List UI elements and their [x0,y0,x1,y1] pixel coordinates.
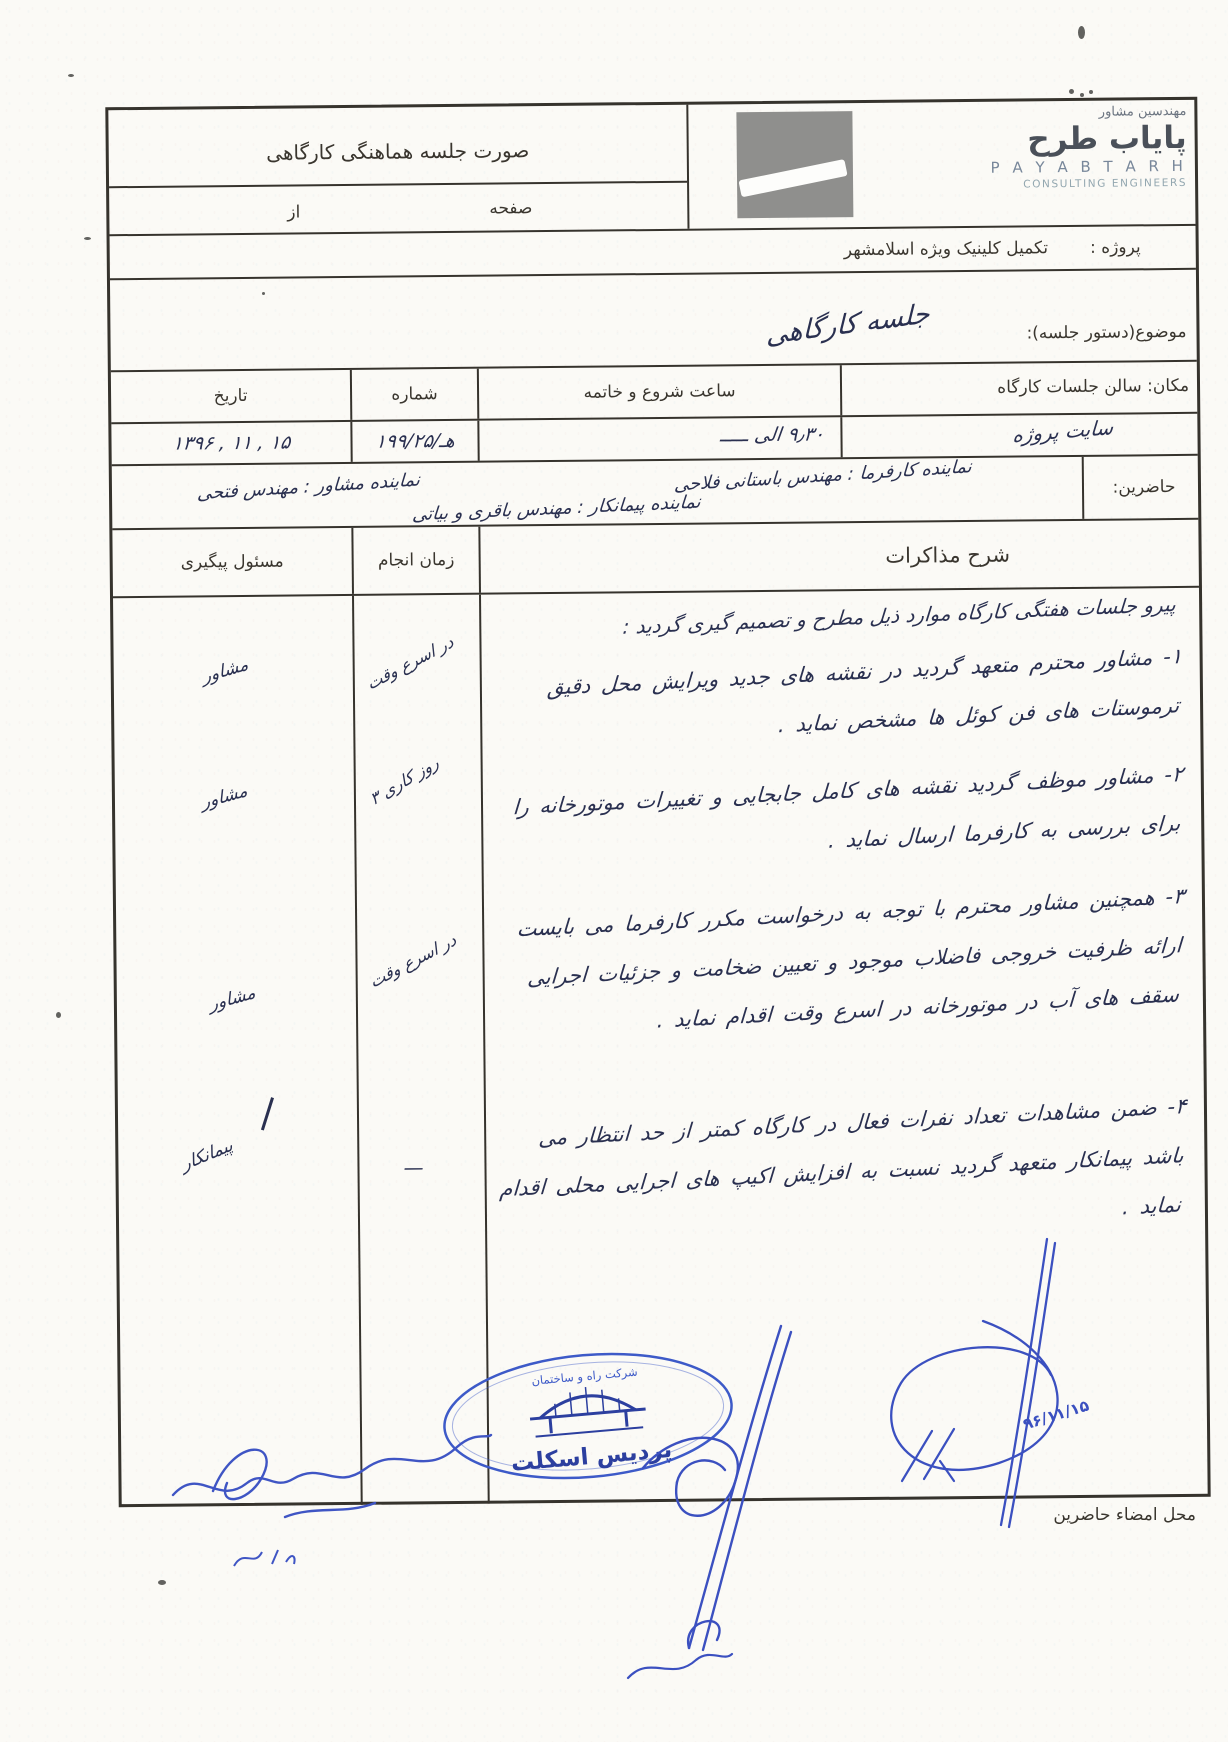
scan-speck [1089,90,1093,94]
date-header: تاریخ [111,370,350,422]
resp-column-header: مسئول پیگیری [112,528,352,596]
signature-center [585,1318,815,1658]
scan-speck [56,1012,61,1018]
title-cell: صورت جلسه هماهنگی کارگاهی صفحه از [108,105,687,235]
company-tagline-en: CONSULTING ENGINEERS [991,177,1187,191]
subject-value-handwritten: جلسه کارگاهی [766,298,930,351]
signature-right-marks [890,1415,970,1495]
resp-column: مشاور مشاور مشاور پیمانکار [113,596,361,1507]
company-name-fa: پایاب طرح [990,119,1187,159]
date-value-cell: ۱۳۹۶ , ۱۱ , ۱۵ [111,422,350,464]
scanned-meeting-minutes-page: صورت جلسه هماهنگی کارگاهی صفحه از مهندسی… [0,0,1228,1742]
item-1-time: در اسرع وقت [365,632,456,694]
time-value: ۹٫۳۰ الی ـــــ [720,423,826,446]
scan-speck [1078,26,1085,39]
minutes-item-1: ۱- مشاور محترم متعهد گردید در نقشه های ج… [487,632,1184,765]
company-logo-mark [736,111,853,218]
attendee-client: نماینده کارفرما : مهندس باستانی فلاحی [673,456,972,496]
item-2-time: ۳ روز کاری [367,752,441,809]
attendees-row: نماینده کارفرما : مهندس باستانی فلاحی نم… [112,456,1199,530]
item-2-responsible: مشاور [200,781,248,814]
desc-column-header: شرح مذاکرات [478,520,1205,593]
attendees-label-cell: حاضرین: [1082,456,1205,519]
header-row: صورت جلسه هماهنگی کارگاهی صفحه از مهندسی… [108,100,1195,236]
number-header-label: شماره [391,384,438,404]
minutes-item-3: ۳- همچنین مشاور محترم با توجه به درخواست… [486,872,1185,1054]
signature-right [835,1225,1105,1535]
item-3-time: در اسرع وقت [368,930,459,992]
number-header: شماره [350,369,477,420]
scan-speck [1080,93,1084,97]
minutes-item-2: ۲- مشاور موظف گردید نقشه های کامل جابجای… [488,750,1185,883]
scan-speck [1069,89,1074,94]
logo-slash-icon [738,159,847,197]
attendee-consultant: نماینده مشاور : مهندس فتحی [197,469,421,504]
item-1-responsible: مشاور [201,654,249,687]
attendees-label: حاضرین: [1112,477,1175,498]
minutes-header-row: مسئول پیگیری زمان انجام شرح مذاکرات [112,520,1199,598]
location-value: سایت پروژه [1012,415,1114,447]
project-label: پروژه : [1090,237,1141,257]
pen-mark [261,1097,274,1130]
subject-label: موضوع(دستور جلسه): [1026,322,1186,344]
number-value-cell: ۱۹۹/هـ/۲۵ [350,421,477,462]
location-value-cell: سایت پروژه [840,414,1203,457]
project-value: تکمیل کلینیک ویژه اسلامشهر [844,238,1049,260]
number-value: ۱۹۹/هـ/۲۵ [374,430,456,453]
subject-row: موضوع(دستور جلسه): جلسه کارگاهی [110,270,1197,372]
scan-speck [158,1580,166,1585]
scan-speck [262,292,265,295]
scan-speck [68,74,74,77]
time-header: ساعت شروع و خاتمه [477,365,840,418]
signature-bottom-left [165,1395,495,1545]
item-3-responsible: مشاور [208,983,256,1016]
minutes-intro: پیرو جلسات هفتگی کارگاه موارد ذیل مطرح و… [622,592,1177,639]
time-header-label2: زمان انجام [378,550,455,571]
attendee-contractor: نماینده پیمانکار : مهندس باقری و بیاتی [411,491,701,525]
time-column-header: زمان انجام [351,527,479,594]
title-divider [109,181,687,189]
time-header-label: ساعت شروع و خاتمه [583,381,735,402]
logo-cell: مهندسین مشاور پایاب طرح P A Y A B T A R … [686,100,1201,229]
date-header-label: تاریخ [214,386,248,406]
item-4-time: — [403,1155,424,1179]
page-label: صفحه [489,198,532,218]
company-name-en: P A Y A B T A R H [991,157,1187,177]
page-of-label: از [287,202,300,222]
time-value-cell: ۹٫۳۰ الی ـــــ [477,417,840,460]
scan-speck [84,237,91,240]
desc-header-label: شرح مذاکرات [885,543,1010,568]
attendees-names-cell: نماینده کارفرما : مهندس باستانی فلاحی نم… [112,457,1083,528]
signature-left-note [228,1538,298,1578]
resp-header-label: مسئول پیگیری [181,552,284,573]
date-value: ۱۳۹۶ , ۱۱ , ۱۵ [171,432,291,455]
page-title: صورت جلسه هماهنگی کارگاهی [109,137,687,167]
location-header: مکان: سالن جلسات کارگاه [840,362,1203,415]
location-label: مکان: سالن جلسات کارگاه [997,376,1189,398]
signature-center-flourish [620,1638,740,1698]
item-4-responsible: پیمانکار [180,1135,235,1175]
